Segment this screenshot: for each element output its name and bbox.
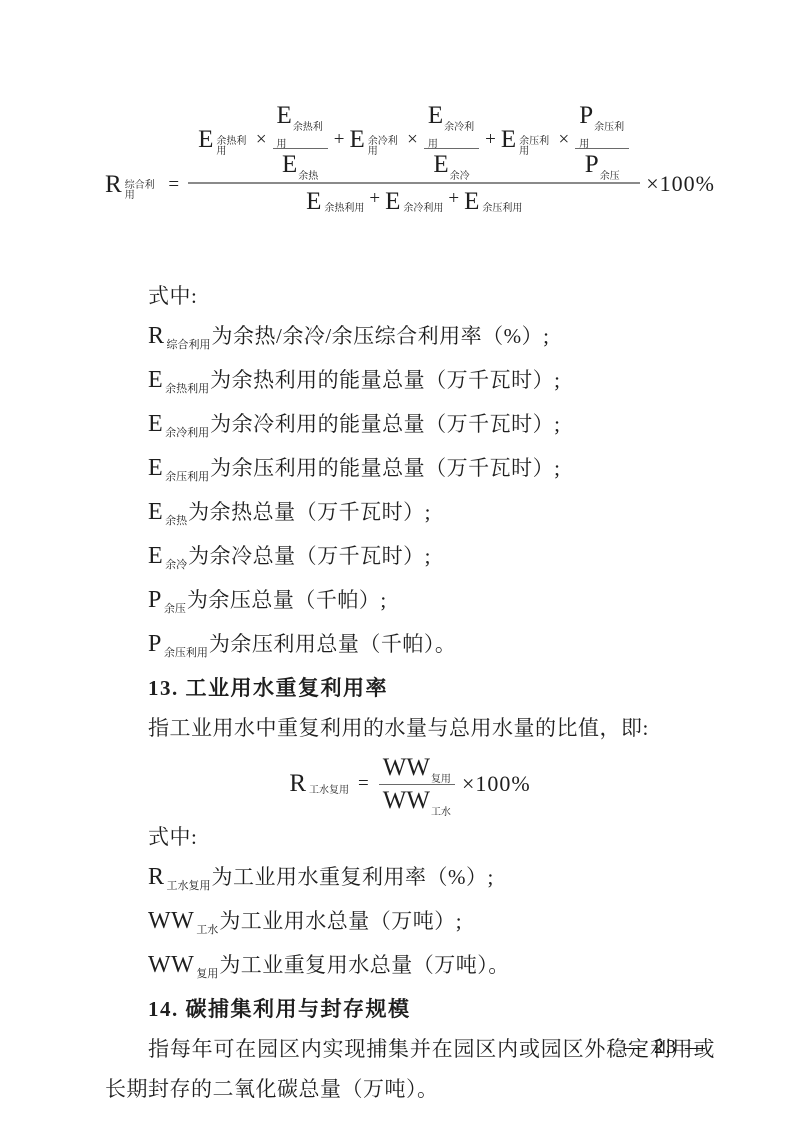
variable-subscript: 工水	[196, 924, 218, 936]
definition-line: WW工水为工业用水总量（万吨）;	[105, 901, 715, 945]
variable-E: E	[350, 127, 365, 152]
main-fraction: E余热利用 × E余热利用 E余热 + E余冷利用 × E余冷利用 E余冷	[188, 100, 640, 268]
variable-subscript: 余压利用	[165, 471, 209, 483]
definition-text: 为工业用水重复利用率（%）;	[212, 865, 494, 889]
fraction-numerator: WW复用	[379, 754, 455, 785]
fraction-denominator: E余冷	[433, 149, 469, 177]
variable-subscript: 余冷	[165, 559, 187, 571]
where-label: 式中:	[105, 276, 715, 316]
variable-subscript: 余压	[164, 603, 186, 615]
variable-subscript: 余冷利用	[165, 427, 209, 439]
variable-E: E	[282, 151, 297, 178]
den-term-pressure: E余压利用	[464, 189, 522, 214]
variable-E: E	[433, 151, 448, 178]
equals-operator: =	[165, 175, 182, 194]
term-pressure: E余压利用 × P余压利用 P余压	[501, 102, 630, 177]
definition-text: 为余热利用的能量总量（万千瓦时）;	[210, 368, 560, 392]
times-operator: ×	[404, 130, 421, 149]
variable-E: E	[148, 367, 163, 393]
where-label: 式中:	[105, 817, 715, 857]
variable-subscript: 复用	[196, 968, 218, 980]
fraction-denominator: E余热	[282, 149, 318, 177]
variable-E: E	[306, 189, 321, 214]
document-page: R综合利用 = E余热利用 × E余热利用 E余热 + E余冷利用	[0, 0, 793, 1122]
formula-comprehensive-utilization: R综合利用 = E余热利用 × E余热利用 E余热 + E余冷利用	[105, 100, 715, 268]
variable-subscript: 余热	[298, 171, 318, 182]
variable-P: P	[579, 102, 593, 129]
variable-subscript: 工水复用	[309, 786, 349, 796]
definition-text: 为余冷总量（万千瓦时）;	[188, 544, 431, 568]
variable-WW: WW	[383, 754, 430, 781]
section-14-heading: 14. 碳捕集利用与封存规模	[105, 989, 715, 1029]
variable-E: E	[148, 455, 163, 481]
definition-text: 为余压总量（千帕）;	[187, 588, 387, 612]
fraction-heat: E余热利用 E余热	[273, 102, 328, 177]
variable-subscript: 余压利用	[164, 647, 208, 659]
definition-text: 为余压利用的能量总量（万千瓦时）;	[210, 456, 560, 480]
definition-text: 为余冷利用的能量总量（万千瓦时）;	[210, 412, 560, 436]
variable-subscript: 余热利用	[324, 204, 364, 214]
definition-line: E余压利用为余压利用的能量总量（万千瓦时）;	[105, 448, 715, 492]
times-operator: ×	[556, 130, 573, 149]
variable-P: P	[148, 587, 162, 613]
term-cold: E余冷利用 × E余冷利用 E余冷	[350, 102, 481, 177]
main-fraction-numerator: E余热利用 × E余热利用 E余热 + E余冷利用 × E余冷利用 E余冷	[188, 100, 640, 184]
page-content: R综合利用 = E余热利用 × E余热利用 E余热 + E余冷利用	[105, 96, 715, 1109]
variable-subscript: 工水复用	[167, 880, 211, 892]
definition-line: WW复用为工业重复用水总量（万吨）。	[105, 945, 715, 989]
variable-R: R	[289, 771, 306, 796]
fraction-denominator: P余压	[585, 149, 620, 177]
fraction-cold: E余冷利用 E余冷	[424, 102, 479, 177]
plus-operator: +	[331, 130, 348, 149]
fraction-numerator: E余冷利用	[424, 102, 479, 149]
variable-subscript: 综合利用	[167, 339, 211, 351]
den-term-heat: E余热利用	[306, 189, 364, 214]
variable-E: E	[148, 543, 163, 569]
plus-operator: +	[482, 130, 499, 149]
formula-water-reuse: R工水复用 = WW复用 WW工水 ×100%	[105, 754, 715, 813]
variable-E: E	[198, 127, 213, 152]
variable-E: E	[428, 102, 443, 129]
variable-WW: WW	[383, 787, 430, 814]
variable-R: R	[105, 172, 122, 197]
term-heat: E余热利用 × E余热利用 E余热	[198, 102, 329, 177]
variable-R: R	[148, 323, 165, 349]
definition-text: 为余热总量（万千瓦时）;	[188, 500, 431, 524]
variable-P: P	[148, 631, 162, 657]
equals-operator: =	[355, 774, 372, 793]
variable-subscript: 余压利用	[482, 204, 522, 214]
variable-subscript: 余热利用	[165, 383, 209, 395]
variable-subscript: 余热	[165, 515, 187, 527]
times-100-percent: ×100%	[646, 173, 715, 195]
variable-E: E	[148, 499, 163, 525]
section-13-intro: 指工业用水中重复利用的水量与总用水量的比值，即:	[105, 708, 715, 748]
variable-E: E	[501, 127, 516, 152]
fraction-water: WW复用 WW工水	[379, 754, 455, 813]
formula-lhs: R综合利用	[105, 172, 159, 197]
section-13-heading: 13. 工业用水重复利用率	[105, 668, 715, 708]
fraction-numerator: E余热利用	[273, 102, 328, 149]
definition-line: E余冷利用为余冷利用的能量总量（万千瓦时）;	[105, 404, 715, 448]
definition-text: 为余热/余冷/余压综合利用率（%）;	[212, 324, 550, 348]
plus-operator: +	[445, 189, 462, 208]
variable-E: E	[148, 411, 163, 437]
fraction-denominator: WW工水	[383, 785, 451, 813]
variable-WW: WW	[148, 908, 194, 934]
variable-E: E	[277, 102, 292, 129]
page-number: — 23 —	[0, 1036, 793, 1059]
variable-P: P	[585, 151, 599, 178]
variable-E: E	[464, 189, 479, 214]
times-operator: ×	[253, 130, 270, 149]
variable-subscript: 余冷利用	[368, 137, 402, 157]
variable-subscript: 余冷利用	[403, 204, 443, 214]
variable-R: R	[148, 864, 165, 890]
fraction-pressure: P余压利用 P余压	[575, 102, 629, 177]
den-term-cold: E余冷利用	[385, 189, 443, 214]
definition-line: E余热为余热总量（万千瓦时）;	[105, 492, 715, 536]
main-fraction-denominator: E余热利用 + E余冷利用 + E余压利用	[306, 184, 522, 214]
definition-line: R综合利用为余热/余冷/余压综合利用率（%）;	[105, 316, 715, 360]
variable-subscript: 余冷	[450, 171, 470, 182]
definition-text: 为余压利用总量（千帕）。	[209, 632, 457, 656]
variable-subscript: 复用	[431, 774, 451, 785]
definition-text: 为工业用水总量（万吨）;	[219, 909, 462, 933]
definition-line: E余冷为余冷总量（万千瓦时）;	[105, 536, 715, 580]
variable-subscript: 余压利用	[519, 137, 553, 157]
variable-subscript: 余压	[600, 171, 620, 182]
definition-line: R工水复用为工业用水重复利用率（%）;	[105, 857, 715, 901]
definition-line: E余热利用为余热利用的能量总量（万千瓦时）;	[105, 360, 715, 404]
times-100-percent: ×100%	[462, 773, 531, 795]
formula-lhs: R工水复用	[289, 771, 349, 796]
variable-subscript: 综合利用	[125, 181, 160, 201]
fraction-numerator: P余压利用	[575, 102, 629, 149]
plus-operator: +	[366, 189, 383, 208]
variable-subscript: 工水	[431, 807, 451, 818]
definition-line: P余压为余压总量（千帕）;	[105, 580, 715, 624]
definition-line: P余压利用为余压利用总量（千帕）。	[105, 624, 715, 668]
variable-E: E	[385, 189, 400, 214]
variable-WW: WW	[148, 952, 194, 978]
variable-subscript: 余热利用	[216, 137, 250, 157]
definition-text: 为工业重复用水总量（万吨）。	[219, 953, 510, 977]
